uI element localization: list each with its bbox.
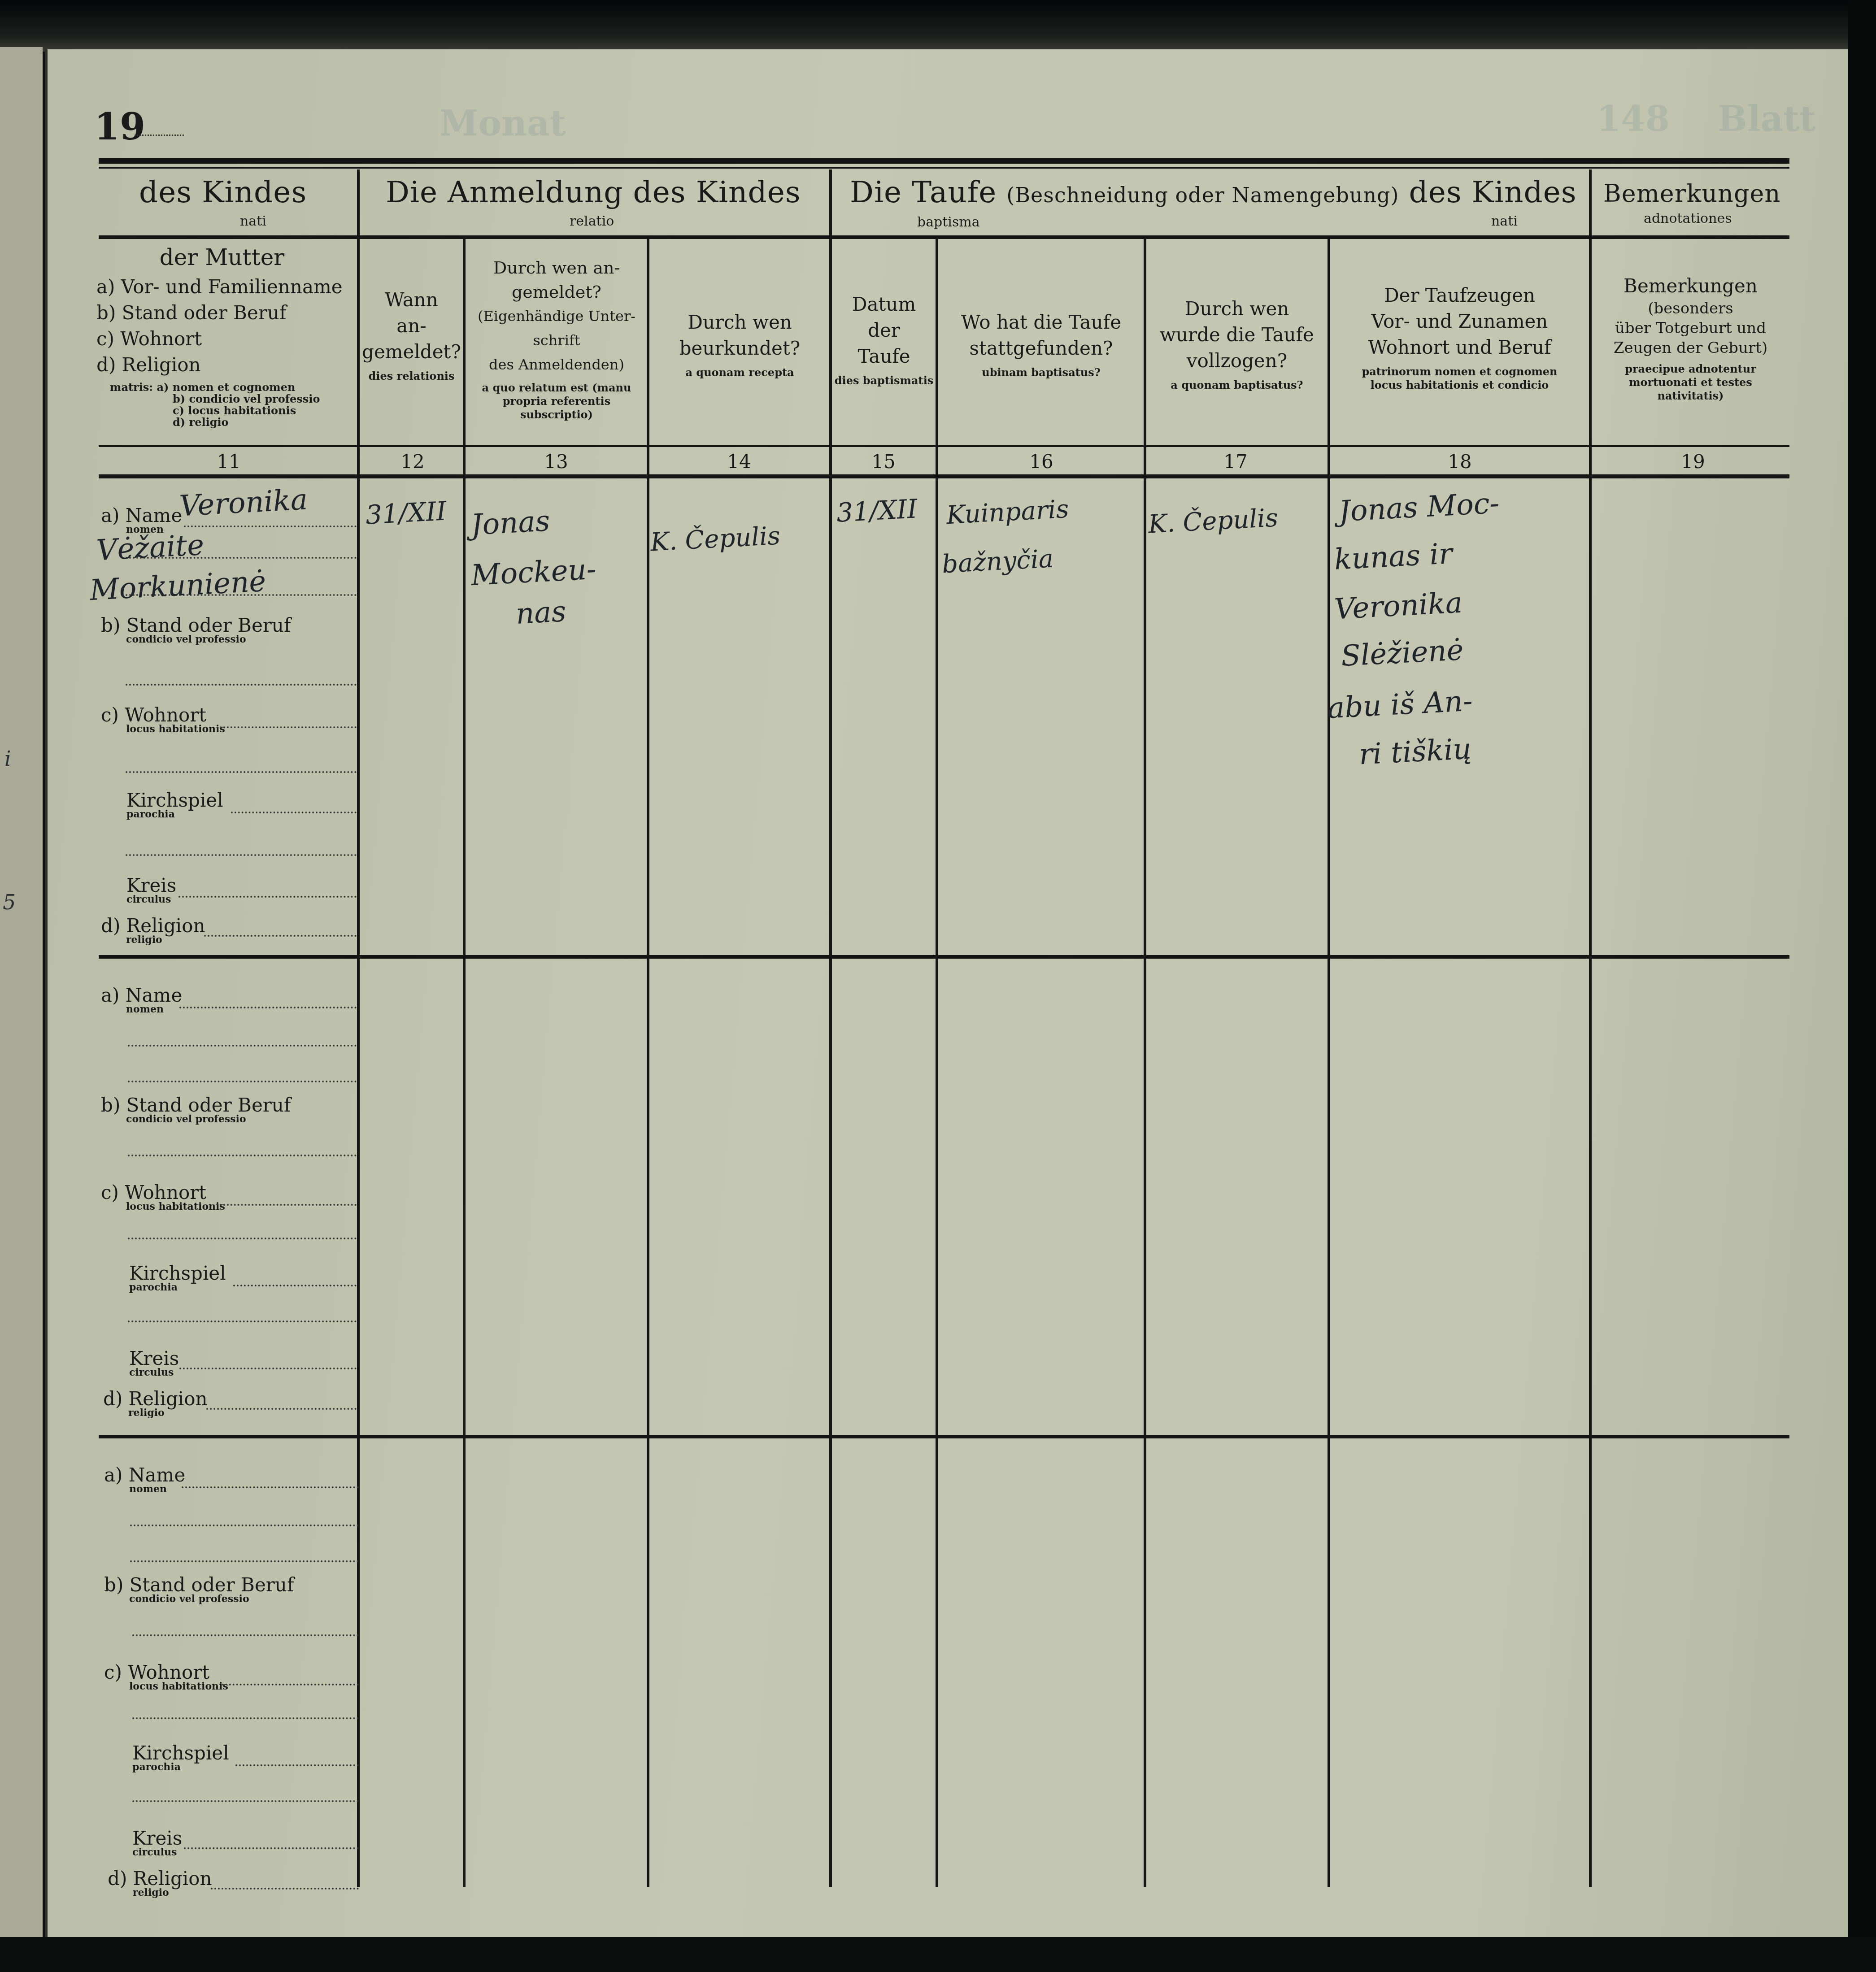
entry3-kirchspiel-line-2[interactable] — [132, 1800, 359, 1802]
column-header-16: Wo hat die Taufe stattgefunden? ubinam b… — [939, 309, 1143, 379]
column-header-14: Durch wen beurkundet? a quonam recepta — [651, 309, 828, 379]
column-number: 13 — [511, 451, 601, 473]
column-number: 18 — [1415, 451, 1505, 473]
label-latin: locus habitationis — [129, 1681, 228, 1692]
entry1-baptism-date: 31/XII — [836, 493, 918, 528]
entry2-religion-label: d) Religionreligio — [103, 1388, 208, 1419]
header-line: gemeldet? — [361, 339, 462, 365]
label-text: Kreis — [126, 874, 176, 896]
entry2-name-line-3[interactable] — [128, 1081, 357, 1082]
ghost-text-blatt-number: 148 — [1597, 99, 1670, 139]
column-number: 19 — [1648, 451, 1738, 473]
label-text: a) Name — [101, 504, 182, 526]
entry-separator-rule — [99, 1435, 1789, 1438]
header-line: an- — [361, 313, 462, 339]
column-divider — [463, 239, 466, 1887]
column-number: 14 — [694, 451, 784, 473]
taufe-subtitle: (Beschneidung oder Namengebung) — [1006, 183, 1399, 207]
entry3-name-line-2[interactable] — [130, 1525, 359, 1526]
header-line: Vor- und Zunamen — [1331, 308, 1588, 334]
section-title-bemerkungen: Bemerkungen — [1603, 179, 1780, 208]
label-text: d) Religion — [103, 1388, 208, 1410]
label-text: Kreis — [132, 1827, 182, 1849]
entry3-wohnort-label: c) Wohnortlocus habitationis — [104, 1661, 228, 1692]
label-text: a) Name — [104, 1464, 185, 1486]
entry1-kirchspiel-line-2[interactable] — [126, 854, 357, 856]
section-title-taufe: Die Taufe (Beschneidung oder Namengebung… — [850, 175, 1577, 209]
entry3-stand-label: b) Stand oder Berufcondicio vel professi… — [104, 1574, 294, 1605]
header-line: beurkundet? — [651, 335, 828, 361]
mother-latin-a: matris: a) nomen et cognomen — [110, 382, 348, 393]
column-header-17: Durch wen wurde die Taufe vollzogen? a q… — [1147, 296, 1327, 392]
top-thin-rule — [99, 167, 1789, 169]
column-number: 17 — [1191, 451, 1280, 473]
header-line: des Anmeldenden) — [467, 352, 646, 377]
bottom-background — [0, 1937, 1876, 1972]
entry1-kreis-line[interactable] — [178, 896, 357, 898]
book-top-edge — [0, 0, 1876, 52]
label-text: a) Name — [101, 984, 182, 1006]
entry3-kreis-label: Kreiscirculus — [132, 1827, 182, 1858]
column-divider — [936, 239, 938, 1887]
entry1-reported-by-1: Jonas — [470, 504, 551, 542]
column-divider — [647, 239, 649, 1887]
header-line: Durch wen an- — [467, 256, 646, 280]
entry1-mother-first-name: Veronika — [178, 483, 308, 523]
section-latin-nati: nati — [1491, 213, 1518, 229]
entry1-wohnort-line-2[interactable] — [126, 771, 357, 773]
entry3-name-line-1[interactable] — [182, 1486, 359, 1488]
entry3-religion-line[interactable] — [211, 1888, 359, 1889]
header-line: Zeugen der Geburt) — [1593, 338, 1788, 358]
mother-line-d: d) Religion — [96, 352, 348, 378]
ghost-text-blatt: Blatt — [1718, 99, 1815, 139]
label-latin: locus habitationis — [126, 1201, 225, 1212]
header-latin: dies baptismatis — [833, 374, 935, 387]
entry1-name-line-1[interactable] — [184, 526, 357, 527]
right-background — [1848, 0, 1876, 1972]
entry2-kirchspiel-line-2[interactable] — [128, 1320, 357, 1322]
header-latin: patrinorum nomen et cognomen locus habit… — [1331, 365, 1588, 392]
header-line: Bemerkungen — [1593, 274, 1788, 299]
label-text: Kirchspiel — [132, 1742, 229, 1764]
header-line: Wo hat die Taufe — [939, 309, 1143, 335]
entry2-name-label: a) Namenomen — [101, 984, 182, 1015]
entry3-stand-line[interactable] — [132, 1634, 359, 1636]
header-line: gemeldet? — [467, 280, 646, 304]
entry1-stand-label: b) Stand oder Berufcondicio vel professi… — [101, 614, 291, 645]
header-latin: ubinam baptisatus? — [939, 366, 1143, 379]
entry1-kirchspiel-label: Kirchspielparochia — [126, 789, 223, 820]
entry1-kirchspiel-line-1[interactable] — [231, 812, 357, 813]
entry2-kreis-label: Kreiscirculus — [129, 1347, 179, 1378]
header-line: über Totgeburt und — [1593, 318, 1788, 338]
entry3-kirchspiel-line-1[interactable] — [235, 1764, 359, 1766]
column-header-18: Der Taufzeugen Vor- und Zunamen Wohnort … — [1331, 282, 1588, 392]
entry3-name-label: a) Namenomen — [104, 1464, 185, 1495]
entry3-religion-label: d) Religionreligio — [108, 1868, 212, 1898]
section-title-des-kindes: des Kindes — [139, 175, 307, 209]
label-latin: circulus — [132, 1846, 182, 1858]
column-header-mother: der Mutter a) Vor- und Familienname b) S… — [96, 244, 348, 428]
header-line: schrift — [467, 328, 646, 352]
header-line: Durch wen — [651, 309, 828, 335]
label-text: Kirchspiel — [129, 1262, 226, 1284]
entry2-kirchspiel-line-1[interactable] — [233, 1285, 357, 1286]
entry2-religion-line[interactable] — [206, 1408, 357, 1410]
column-header-12: Wann an- gemeldet? dies relationis — [361, 287, 462, 383]
header-line: Wann — [361, 287, 462, 313]
column-divider — [1328, 239, 1330, 1887]
entry1-godparents-4: Slėžienė — [1340, 634, 1464, 673]
margin-mark: i — [4, 747, 11, 771]
header-line: (besonders — [1593, 299, 1788, 318]
column-number: 11 — [184, 451, 274, 473]
header-line: (Eigenhändige Unter- — [467, 304, 646, 328]
entry-separator-rule — [99, 955, 1789, 959]
section-title-anmeldung: Die Anmeldung des Kindes — [386, 175, 801, 209]
entry2-stand-line[interactable] — [128, 1155, 357, 1156]
label-text: c) Wohnort — [101, 1181, 206, 1203]
entry1-godparents-2: kunas ir — [1333, 537, 1453, 577]
entry2-stand-label: b) Stand oder Berufcondicio vel professi… — [101, 1094, 291, 1125]
entry2-wohnort-label: c) Wohnortlocus habitationis — [101, 1181, 225, 1212]
header-line: Durch wen — [1147, 296, 1327, 322]
mother-latin-c: c) locus habitationis — [173, 405, 348, 417]
header-latin: a quo relatum est (manu propria referent… — [467, 381, 646, 421]
top-thick-rule — [99, 158, 1789, 164]
mother-line-a: a) Vor- und Familienname — [96, 274, 348, 300]
entry3-kirchspiel-label: Kirchspielparochia — [132, 1742, 229, 1773]
header-line: Datum — [833, 291, 935, 317]
label-latin: circulus — [129, 1367, 179, 1378]
entry1-mother-maiden-name: Vėžaite — [96, 529, 205, 567]
mother-latin-d: d) religio — [173, 417, 348, 428]
year-dotted-line — [135, 135, 184, 136]
entry2-wohnort-line-2[interactable] — [128, 1238, 357, 1239]
entry1-baptism-place-2: bažnyčia — [941, 544, 1054, 579]
entry1-reported-when: 31/XII — [365, 495, 447, 530]
column-number: 15 — [839, 451, 928, 473]
column-divider — [829, 169, 832, 1887]
entry3-wohnort-line-2[interactable] — [132, 1717, 359, 1719]
ghost-text-monat: Monat — [440, 103, 566, 144]
label-text: Kirchspiel — [126, 789, 223, 811]
header-line: wurde die Taufe — [1147, 322, 1327, 348]
column-divider — [357, 169, 360, 1887]
entry1-wohnort-line-1[interactable] — [220, 726, 357, 728]
header-line: der — [833, 317, 935, 343]
header-line: stattgefunden? — [939, 335, 1143, 361]
label-text: c) Wohnort — [104, 1661, 209, 1683]
entry1-godparents-6: ri tiškių — [1358, 732, 1472, 771]
section-latin-relatio: relatio — [570, 213, 614, 229]
section-latin-nati: nati — [240, 213, 266, 229]
header-line: Der Taufzeugen — [1331, 282, 1588, 308]
entry1-kreis-label: Kreiscirculus — [126, 874, 176, 905]
entry1-stand-line[interactable] — [126, 684, 357, 686]
mother-latin-b: b) condicio vel professio — [173, 393, 348, 405]
header-line: Taufe — [833, 343, 935, 369]
entry1-wohnort-label: c) Wohnortlocus habitationis — [101, 704, 225, 735]
section-latin-adnotationes: adnotationes — [1644, 211, 1732, 226]
mother-line-c: c) Wohnort — [96, 326, 348, 352]
entry2-kirchspiel-label: Kirchspielparochia — [129, 1262, 226, 1293]
label-latin: locus habitationis — [126, 723, 225, 735]
section-header-rule — [99, 235, 1789, 239]
margin-mark: 5 — [3, 890, 16, 914]
label-text: b) Stand oder Beruf — [101, 614, 291, 636]
label-text: c) Wohnort — [101, 704, 206, 726]
year-prefix: 19 — [94, 105, 145, 148]
column-header-19: Bemerkungen (besonders über Totgeburt un… — [1593, 274, 1788, 403]
entry2-kreis-line[interactable] — [179, 1368, 357, 1369]
left-facing-page: i 5 — [0, 47, 43, 1948]
column-divider — [1144, 239, 1146, 1887]
entry2-name-line-2[interactable] — [128, 1045, 357, 1047]
column-header-13: Durch wen an- gemeldet? (Eigenhändige Un… — [467, 256, 646, 421]
entry3-wohnort-line-1[interactable] — [222, 1684, 359, 1685]
entry1-reported-by-3: nas — [515, 595, 567, 631]
section-latin-baptisma: baptisma — [917, 214, 980, 230]
header-line: vollzogen? — [1147, 348, 1327, 374]
label-text: d) Religion — [108, 1868, 212, 1889]
taufe-title: Die Taufe — [850, 175, 997, 209]
header-latin: a quonam recepta — [651, 366, 828, 379]
entry3-name-line-3[interactable] — [130, 1560, 359, 1562]
column-number: 16 — [997, 451, 1086, 473]
column-divider — [1589, 169, 1592, 1887]
entry1-religion-label: d) Religionreligio — [101, 915, 205, 946]
label-latin: circulus — [126, 894, 176, 905]
entry1-reported-by-2: Mockeu- — [470, 553, 597, 593]
mother-title: der Mutter — [96, 244, 348, 270]
entry2-name-line-1[interactable] — [179, 1007, 357, 1008]
entry1-religion-line[interactable] — [204, 935, 357, 937]
mother-line-b: b) Stand oder Beruf — [96, 300, 348, 326]
header-latin: dies relationis — [361, 369, 462, 383]
header-latin: praecipue adnotentur mortuonati et teste… — [1593, 362, 1788, 403]
label-text: b) Stand oder Beruf — [104, 1574, 294, 1596]
label-text: d) Religion — [101, 915, 205, 937]
header-latin: a quonam baptisatus? — [1147, 378, 1327, 392]
label-text: b) Stand oder Beruf — [101, 1094, 291, 1116]
column-number-top-rule — [99, 445, 1789, 447]
column-number-bottom-rule — [99, 474, 1789, 478]
taufe-title-end: des Kindes — [1409, 175, 1576, 209]
header-line: Wohnort und Beruf — [1331, 334, 1588, 361]
column-number: 12 — [368, 451, 457, 473]
entry2-wohnort-line-1[interactable] — [220, 1204, 357, 1206]
entry1-godparents-3: Veronika — [1333, 586, 1463, 626]
label-text: Kreis — [129, 1347, 179, 1369]
column-header-15: Datum der Taufe dies baptismatis — [833, 291, 935, 387]
entry3-kreis-line[interactable] — [184, 1847, 359, 1849]
